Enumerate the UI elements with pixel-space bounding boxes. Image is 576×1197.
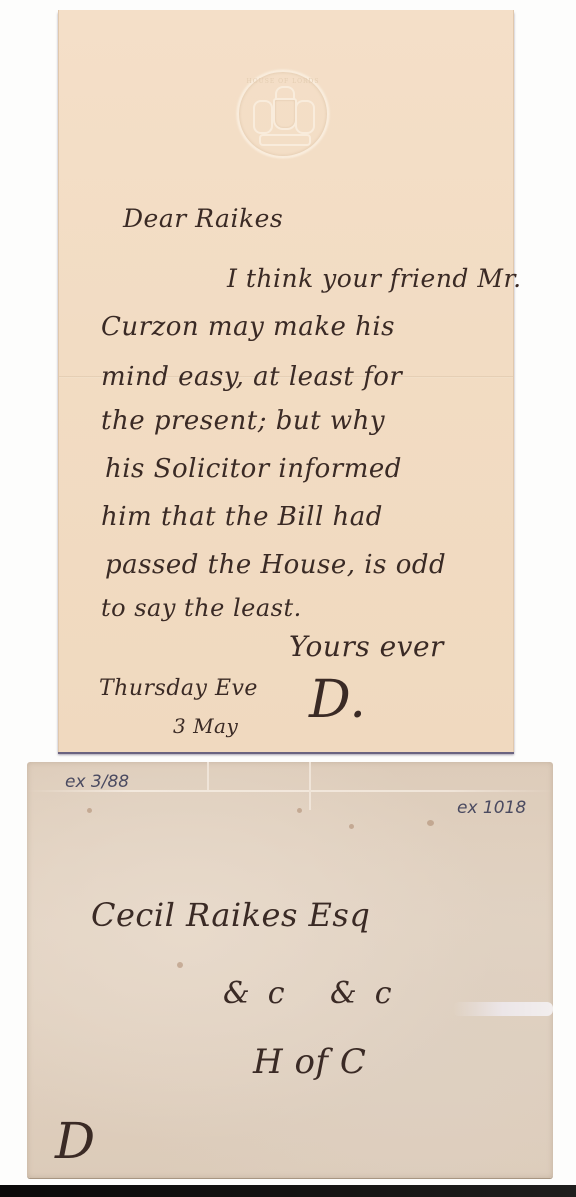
envelope: ex 3/88 ex 1018 Cecil Raikes Esq &c &c H…: [27, 762, 553, 1178]
pencil-note-left: ex 3/88: [65, 772, 129, 792]
letter-sheet: HOUSE OF LORDS Dear Raikes I think your …: [58, 10, 514, 752]
crest-legend: HOUSE OF LORDS: [239, 78, 327, 85]
shield-icon: [273, 98, 297, 130]
body-line-2: Curzon may make his: [101, 312, 395, 342]
foxing-spot: [427, 820, 434, 826]
address-line-1: Cecil Raikes Esq: [91, 896, 370, 934]
body-line-6: him that the Bill had: [101, 502, 383, 532]
body-line-3: mind easy, at least for: [101, 362, 402, 392]
envelope-crease: [309, 762, 311, 810]
foxing-spot: [87, 808, 92, 813]
corner-initial: D: [55, 1112, 96, 1170]
foxing-spot: [177, 962, 183, 968]
foxing-spot: [297, 808, 302, 813]
body-line-7: passed the House, is odd: [105, 550, 446, 580]
envelope-crease: [207, 762, 209, 790]
pencil-note-right: ex 1018: [457, 798, 526, 818]
body-line-4: the present; but why: [101, 406, 385, 436]
address-line-2: &c &c: [223, 976, 410, 1011]
place-date-line-1: Thursday Eve: [99, 676, 258, 701]
salutation: Dear Raikes: [123, 204, 283, 233]
body-line-1: I think your friend Mr.: [227, 264, 522, 293]
motto-scroll-icon: [259, 134, 311, 146]
foxing-spot: [349, 824, 354, 829]
envelope-worn-patch: [453, 1002, 553, 1016]
lion-supporter-icon: [253, 100, 273, 134]
body-line-5: his Solicitor informed: [105, 454, 402, 484]
signature: D.: [309, 670, 366, 730]
body-line-8: to say the least.: [101, 594, 302, 622]
unicorn-supporter-icon: [295, 100, 315, 134]
address-line-3: H of C: [253, 1042, 366, 1082]
scan-edge-strip: [0, 1185, 576, 1197]
embossed-crest-icon: HOUSE OF LORDS: [237, 70, 329, 158]
closing: Yours ever: [289, 630, 444, 663]
place-date-line-2: 3 May: [173, 714, 238, 738]
